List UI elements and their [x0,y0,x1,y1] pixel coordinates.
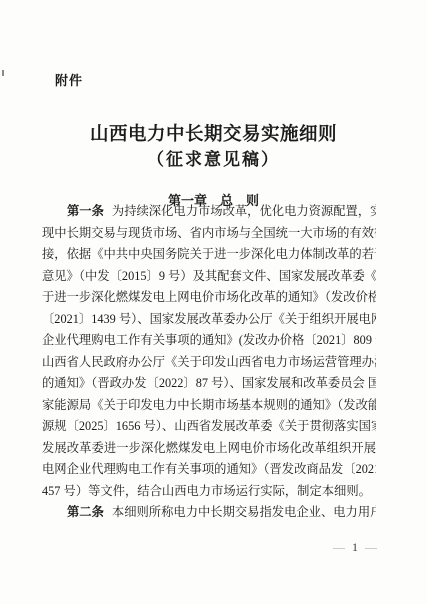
body-line-text: 于进一步深化燃煤发电上网电价市场化改革的通知》（发改价格 [42,290,376,304]
body-line: 电网企业代理购电工作有关事项的通知》（晋发改商品发〔2021〕 [42,459,376,481]
body-line-text: 家能源局《关于印发电力中长期市场基本规则的通知》（发改能 [42,398,376,412]
scan-artifact [2,70,4,76]
body-line-text: 的通知》（晋政办发〔2022〕87 号）、国家发展和改革委员会 国 [42,376,376,390]
page-number: —1— [333,540,377,554]
body-line: 企业代理购电工作有关事项的通知》(发改办价格〔2021〕809 号)、 [42,330,376,352]
document-body: 第一条为持续深化电力市场改革，优化电力资源配置，实 现中长期交易与现货市场、省内… [42,201,376,524]
document-subtitle: （征求意见稿） [0,145,427,170]
body-line-text: 源规〔2025〕1656 号）、山西省发展改革委《关于贯彻落实国家 [42,419,376,433]
article-number: 第二条 [67,505,104,519]
page-number-dash: — [333,540,345,554]
body-line-text: 电网企业代理购电工作有关事项的通知》（晋发改商品发〔2021〕 [42,462,376,476]
body-line-text: 457 号）等文件，结合山西电力市场运行实际，制定本细则。 [42,484,371,498]
body-line-text: 企业代理购电工作有关事项的通知》(发改办价格〔2021〕809 号)、 [42,333,376,347]
body-line: 山西省人民政府办公厅《关于印发山西省电力市场运营管理办法 [42,352,376,374]
body-line: 现中长期交易与现货市场、省内市场与全国统一大市场的有效衔 [42,223,376,245]
body-line: 意见》（中发〔2015〕9 号）及其配套文件、国家发展改革委《关 [42,266,376,288]
body-line: 第二条本细则所称电力中长期交易指发电企业、电力用户、 [42,502,376,524]
body-line-text: 发展改革委进一步深化燃煤发电上网电价市场化改革组织开展 [42,441,376,455]
body-line: 〔2021〕1439 号）、国家发展改革委办公厅《关于组织开展电网 [42,309,376,331]
body-line: 接，依据《中共中央国务院关于进一步深化电力体制改革的若干 [42,244,376,266]
body-line-text: 意见》（中发〔2015〕9 号）及其配套文件、国家发展改革委《关 [42,269,376,283]
document-page: 附件 山西电力中长期交易实施细则 （征求意见稿） 第一章 总 则 第一条为持续深… [0,0,427,604]
body-line: 457 号）等文件，结合山西电力市场运行实际，制定本细则。 [42,481,376,503]
attachment-label: 附件 [55,70,83,89]
body-line: 家能源局《关于印发电力中长期市场基本规则的通知》（发改能 [42,395,376,417]
document-title: 山西电力中长期交易实施细则 [0,120,427,146]
body-line-text: 〔2021〕1439 号）、国家发展改革委办公厅《关于组织开展电网 [42,312,376,326]
article-number: 第一条 [67,204,104,218]
body-line-text: 接，依据《中共中央国务院关于进一步深化电力体制改革的若干 [42,247,376,261]
body-line-text: 山西省人民政府办公厅《关于印发山西省电力市场运营管理办法 [42,355,376,369]
body-line: 源规〔2025〕1656 号）、山西省发展改革委《关于贯彻落实国家 [42,416,376,438]
page-number-dash: — [365,540,377,554]
page-number-value: 1 [345,540,365,554]
body-line: 的通知》（晋政办发〔2022〕87 号）、国家发展和改革委员会 国 [42,373,376,395]
body-line: 发展改革委进一步深化燃煤发电上网电价市场化改革组织开展 [42,438,376,460]
body-line: 于进一步深化燃煤发电上网电价市场化改革的通知》（发改价格 [42,287,376,309]
body-line: 第一条为持续深化电力市场改革，优化电力资源配置，实 [42,201,376,223]
body-line-text: 现中长期交易与现货市场、省内市场与全国统一大市场的有效衔 [42,226,376,240]
body-line-text: 本细则所称电力中长期交易指发电企业、电力用户、 [112,505,376,519]
body-line-text: 为持续深化电力市场改革，优化电力资源配置，实 [112,204,376,218]
